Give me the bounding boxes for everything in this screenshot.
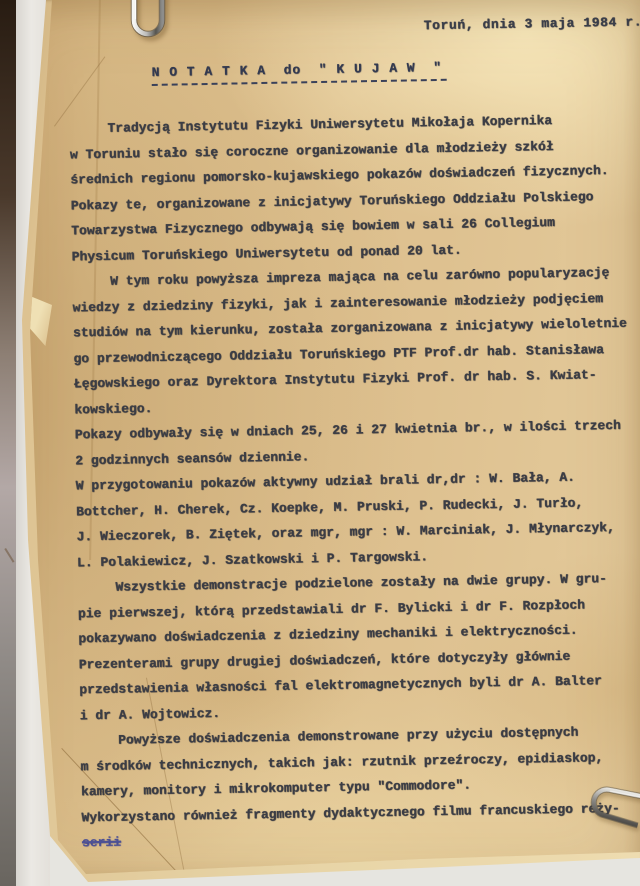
document-body: Tradycją Instytutu Fizyki Uniwersytetu M… [69, 107, 640, 856]
page-title: N O T A T K A do " K U J A W " [151, 60, 447, 86]
scanned-document-photo: Toruń, dnia 3 maja 1984 r. N O T A T K A… [0, 0, 640, 886]
date-line: Toruń, dnia 3 maja 1984 r. [424, 14, 640, 33]
paperclip-icon [122, 0, 174, 62]
photo-left-edge [0, 0, 16, 886]
struck-word: serii [82, 835, 121, 851]
typed-page: Toruń, dnia 3 maja 1984 r. N O T A T K A… [0, 0, 640, 886]
typed-content: Toruń, dnia 3 maja 1984 r. N O T A T K A… [0, 0, 640, 886]
